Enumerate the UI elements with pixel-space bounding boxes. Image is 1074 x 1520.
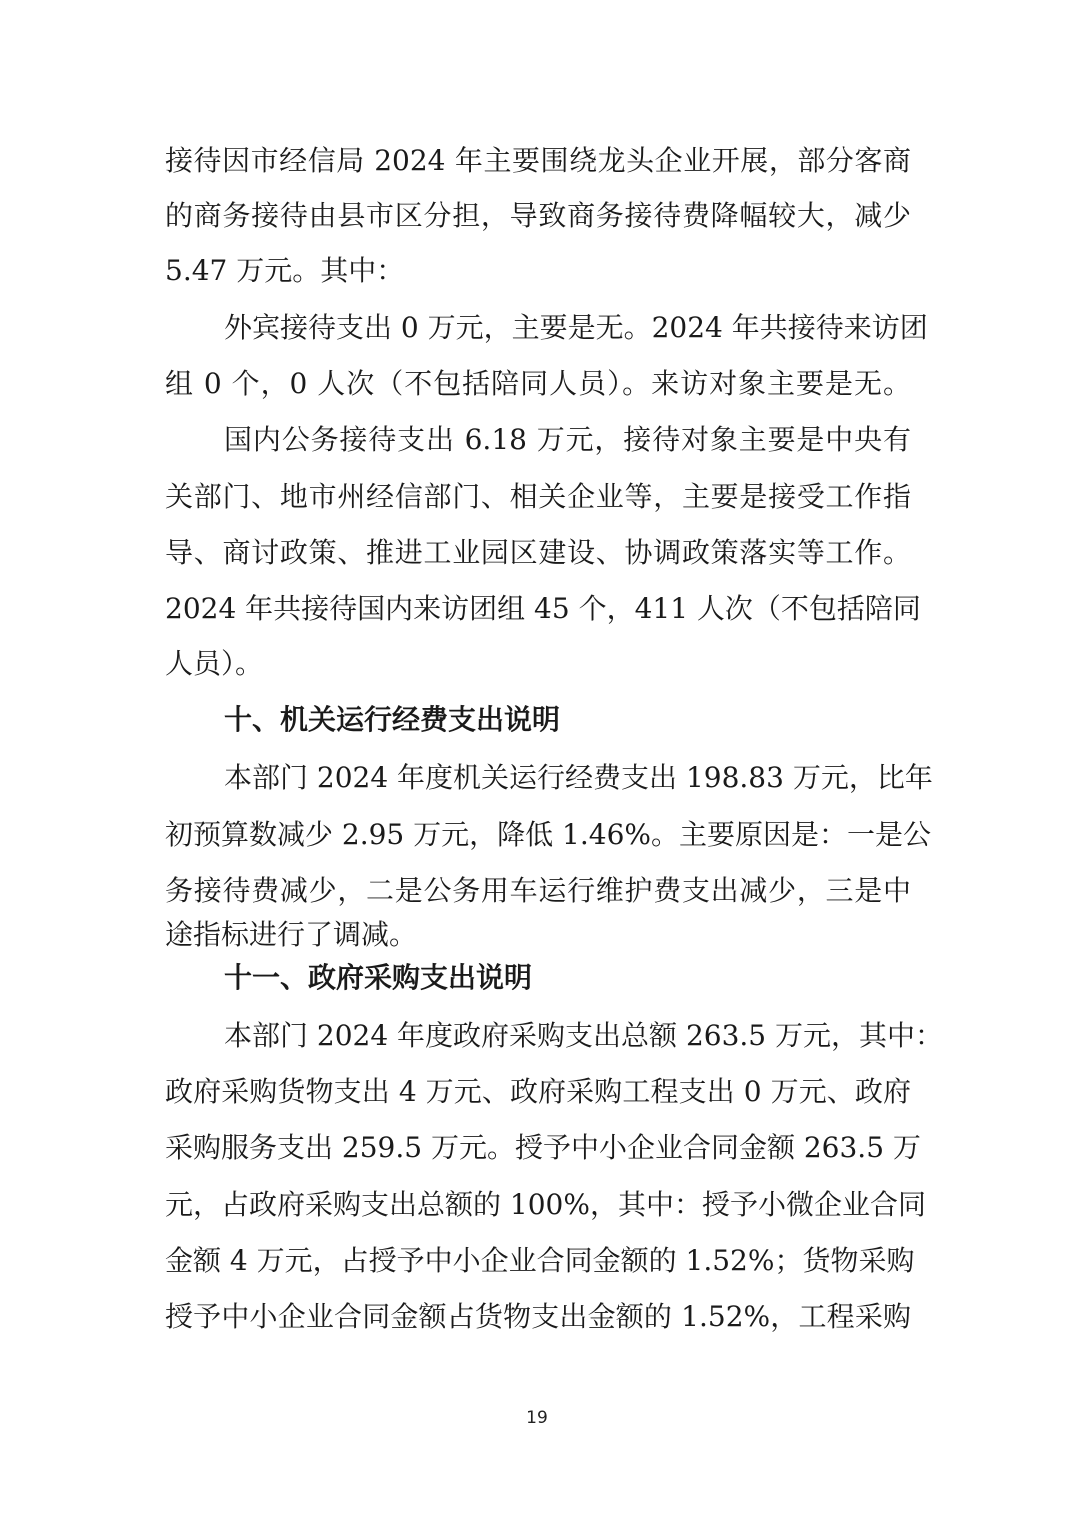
- paragraph-line: 元，占政府采购支出总额的 100%，其中：授予小微企业合同: [165, 1185, 911, 1225]
- paragraph-line: 人员）。: [165, 644, 911, 684]
- section-heading: 十一、政府采购支出说明: [224, 958, 532, 998]
- section-heading: 十、机关运行经费支出说明: [224, 700, 560, 740]
- paragraph-line: 的商务接待由县市区分担，导致商务接待费降幅较大，减少: [165, 196, 911, 236]
- paragraph-line: 本部门 2024 年度机关运行经费支出 198.83 万元，比年: [224, 758, 911, 798]
- paragraph-line: 组 0 个，0 人次（不包括陪同人员）。来访对象主要是无。: [165, 364, 911, 404]
- paragraph-line: 外宾接待支出 0 万元，主要是无。2024 年共接待来访团: [224, 308, 911, 348]
- paragraph-line: 2024 年共接待国内来访团组 45 个，411 人次（不包括陪同: [165, 589, 911, 629]
- paragraph-line: 接待因市经信局 2024 年主要围绕龙头企业开展，部分客商: [165, 141, 911, 181]
- paragraph-line: 采购服务支出 259.5 万元。授予中小企业合同金额 263.5 万: [165, 1128, 911, 1168]
- paragraph-line: 途指标进行了调减。: [165, 915, 911, 955]
- paragraph-line: 务接待费减少，二是公务用车运行维护费支出减少，三是中: [165, 871, 911, 911]
- paragraph-line: 政府采购货物支出 4 万元、政府采购工程支出 0 万元、政府: [165, 1072, 911, 1112]
- page-number: 19: [0, 1408, 1074, 1428]
- document-page: 接待因市经信局 2024 年主要围绕龙头企业开展，部分客商 的商务接待由县市区分…: [0, 0, 1074, 1520]
- paragraph-line: 国内公务接待支出 6.18 万元，接待对象主要是中央有: [224, 420, 911, 460]
- paragraph-line: 初预算数减少 2.95 万元，降低 1.46%。主要原因是：一是公: [165, 815, 911, 855]
- paragraph-line: 关部门、地市州经信部门、相关企业等，主要是接受工作指: [165, 477, 911, 517]
- paragraph-line: 导、商讨政策、推进工业园区建设、协调政策落实等工作。: [165, 533, 911, 573]
- paragraph-line: 本部门 2024 年度政府采购支出总额 263.5 万元，其中：: [224, 1016, 911, 1056]
- paragraph-line: 金额 4 万元，占授予中小企业合同金额的 1.52%；货物采购: [165, 1241, 911, 1281]
- paragraph-line: 5.47 万元。其中：: [165, 251, 911, 291]
- paragraph-line: 授予中小企业合同金额占货物支出金额的 1.52%，工程采购: [165, 1297, 911, 1337]
